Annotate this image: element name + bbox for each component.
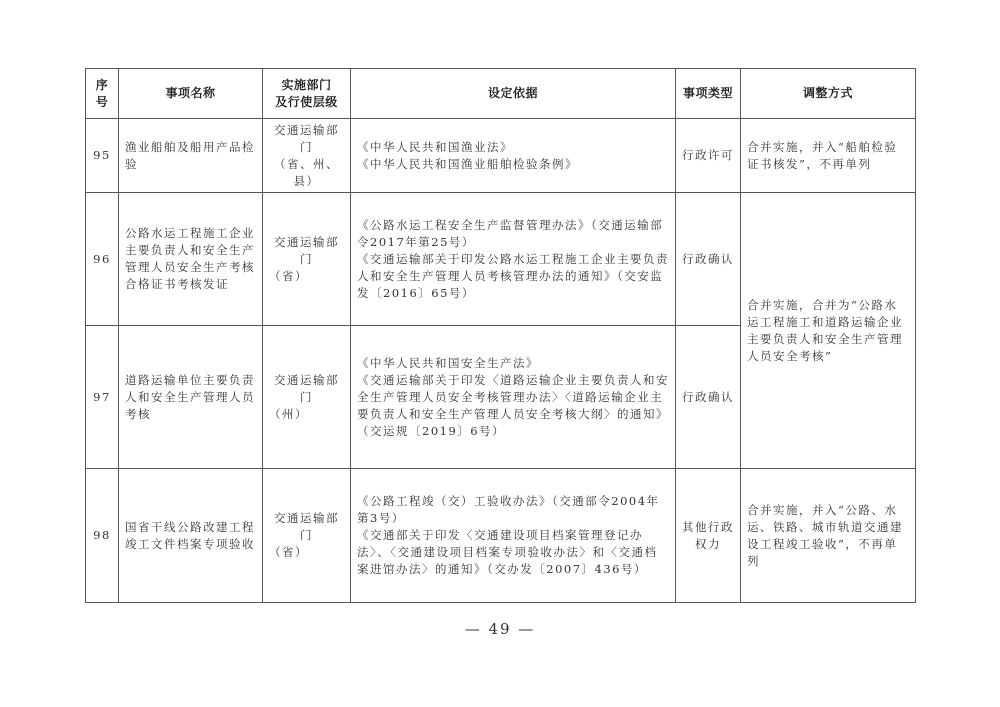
row-dept-line2: （省） [269, 268, 344, 285]
header-no-line2: 号 [92, 94, 112, 111]
basis-line: 《交通部关于印发〈交通建设项目档案管理登记办法〉、〈交通建设项目档案专项验收办法… [357, 527, 669, 578]
header-row: 序 号 事项名称 实施部门 及行使层级 设定依据 事项类型 调整方式 [86, 69, 916, 119]
header-dept-line1: 实施部门 [269, 77, 344, 94]
header-no: 序 号 [86, 69, 119, 119]
basis-line: 《公路工程竣（交）工验收办法》（交通部令2004年第3号） [357, 493, 669, 527]
header-name: 事项名称 [119, 69, 263, 119]
row-name: 渔业船舶及船用产品检验 [119, 119, 263, 193]
row-type: 其他行政权力 [676, 469, 741, 603]
row-dept-line2: （省、州、县） [269, 156, 344, 190]
row-basis: 《公路水运工程安全生产监督管理办法》（交通运输部令2017年第25号） 《交通运… [351, 193, 676, 326]
row-dept-line2: （省） [269, 544, 344, 561]
basis-line: 《中华人民共和国渔业船舶检验条例》 [357, 156, 669, 173]
basis-line: 《交通运输部关于印发〈道路运输企业主要负责人和安全生产管理人员安全考核管理办法〉… [357, 372, 669, 440]
row-basis: 《中华人民共和国安全生产法》 《交通运输部关于印发〈道路运输企业主要负责人和安全… [351, 326, 676, 469]
basis-line: 《中华人民共和国安全生产法》 [357, 355, 669, 372]
page-number: — 49 — [0, 620, 1000, 638]
row-no: 97 [86, 326, 119, 469]
row-dept-line1: 交通运输部门 [269, 122, 344, 156]
row-dept-line1: 交通运输部门 [269, 510, 344, 544]
table-row: 95 渔业船舶及船用产品检验 交通运输部门 （省、州、县） 《中华人民共和国渔业… [86, 119, 916, 193]
row-type: 行政确认 [676, 193, 741, 326]
basis-line: 《中华人民共和国渔业法》 [357, 139, 669, 156]
table-row: 96 公路水运工程施工企业主要负责人和安全生产管理人员安全生产考核合格证书考核发… [86, 193, 916, 326]
row-basis: 《中华人民共和国渔业法》 《中华人民共和国渔业船舶检验条例》 [351, 119, 676, 193]
row-adjust: 合并实施，并入“船舶检验证书核发”，不再单列 [741, 119, 916, 193]
basis-line: 《交通运输部关于印发公路水运工程施工企业主要负责人和安全生产管理人员考核管理办法… [357, 251, 669, 302]
row-dept: 交通运输部门 （省、州、县） [263, 119, 351, 193]
header-type: 事项类型 [676, 69, 741, 119]
header-dept: 实施部门 及行使层级 [263, 69, 351, 119]
items-table: 序 号 事项名称 实施部门 及行使层级 设定依据 事项类型 调整方式 95 渔业… [85, 68, 916, 603]
row-dept: 交通运输部门 （省） [263, 469, 351, 603]
row-dept: 交通运输部门 （州） [263, 326, 351, 469]
row-dept-line2: （州） [269, 406, 344, 423]
table-row: 98 国省干线公路改建工程竣工文件档案专项验收 交通运输部门 （省） 《公路工程… [86, 469, 916, 603]
row-dept: 交通运输部门 （省） [263, 193, 351, 326]
row-adjust-merged: 合并实施，合并为“公路水运工程施工和道路运输企业主要负责人和安全生产管理人员安全… [741, 193, 916, 469]
row-name: 公路水运工程施工企业主要负责人和安全生产管理人员安全生产考核合格证书考核发证 [119, 193, 263, 326]
basis-line: 《公路水运工程安全生产监督管理办法》（交通运输部令2017年第25号） [357, 217, 669, 251]
header-basis: 设定依据 [351, 69, 676, 119]
header-dept-line2: 及行使层级 [269, 94, 344, 111]
header-adjust: 调整方式 [741, 69, 916, 119]
row-dept-line1: 交通运输部门 [269, 372, 344, 406]
row-no: 98 [86, 469, 119, 603]
header-no-line1: 序 [92, 77, 112, 94]
row-no: 95 [86, 119, 119, 193]
row-name: 国省干线公路改建工程竣工文件档案专项验收 [119, 469, 263, 603]
row-basis: 《公路工程竣（交）工验收办法》（交通部令2004年第3号） 《交通部关于印发〈交… [351, 469, 676, 603]
row-type: 行政确认 [676, 326, 741, 469]
row-type: 行政许可 [676, 119, 741, 193]
row-name: 道路运输单位主要负责人和安全生产管理人员考核 [119, 326, 263, 469]
row-adjust: 合并实施，并入“公路、水运、铁路、城市轨道交通建设工程竣工验收”，不再单列 [741, 469, 916, 603]
row-dept-line1: 交通运输部门 [269, 234, 344, 268]
row-no: 96 [86, 193, 119, 326]
